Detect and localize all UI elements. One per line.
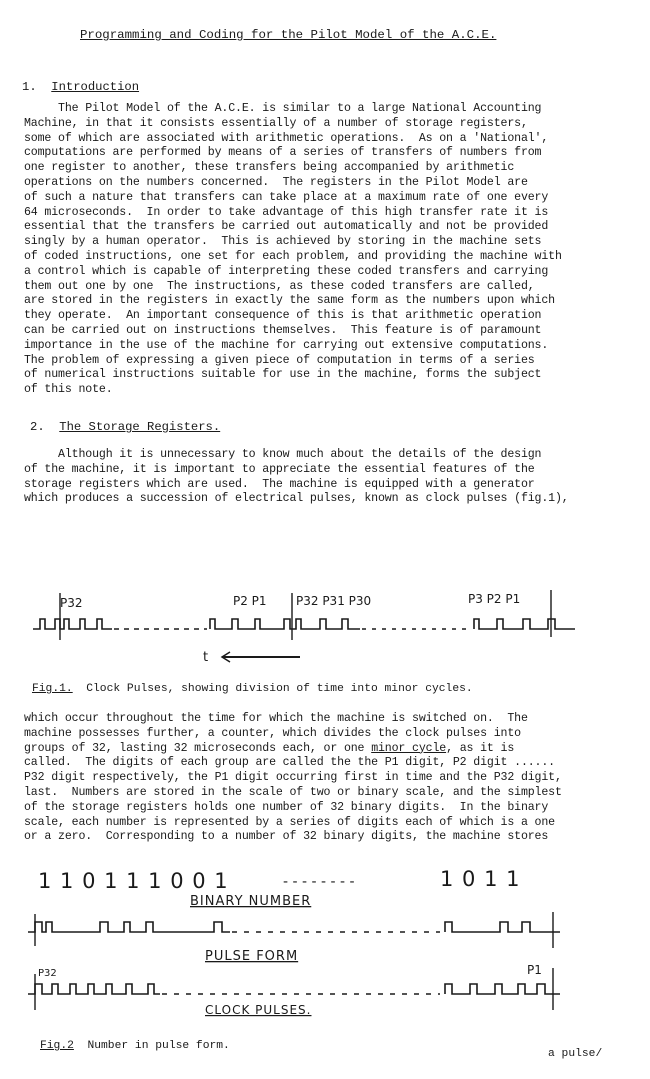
- text-line: are stored in the registers in exactly t…: [24, 294, 562, 309]
- text-line: which occur throughout the time for whic…: [24, 712, 562, 727]
- caption-label: Fig.2: [40, 1040, 74, 1052]
- section-title: Introduction: [51, 80, 139, 94]
- text-line: computations are performed by means of a…: [24, 146, 562, 161]
- text-line: storage registers which are used. The ma…: [24, 478, 569, 493]
- text-line: of the storage registers holds one numbe…: [24, 801, 562, 816]
- text-line: machine possesses further, a counter, wh…: [24, 727, 562, 742]
- text-line: which produces a succession of electrica…: [24, 492, 569, 507]
- text-line: they operate. An important consequence o…: [24, 309, 562, 324]
- text-line: singly by a human operator. This is achi…: [24, 235, 562, 250]
- section-number: 1.: [22, 80, 37, 94]
- text-line: Machine, in that it consists essentially…: [24, 117, 562, 132]
- text-line: operations on the numbers concerned. The…: [24, 176, 562, 191]
- label-p32: P32: [60, 596, 83, 610]
- time-axis-label: t: [203, 650, 208, 665]
- caption-label: Fig.1.: [32, 683, 73, 695]
- clock-right-tag: P1: [527, 963, 542, 977]
- introduction-paragraph: The Pilot Model of the A.C.E. is similar…: [24, 102, 562, 398]
- text-line: can be carried out on instructions thems…: [24, 324, 562, 339]
- text-line: a control which is capable of interpreti…: [24, 265, 562, 280]
- section-title: The Storage Registers.: [59, 420, 220, 434]
- text-line: one register to another, these transfers…: [24, 161, 562, 176]
- label-p32-p31-p30: P32 P31 P30: [296, 594, 371, 608]
- clock-pulses-label: CLOCK PULSES.: [205, 1003, 311, 1017]
- text-line: or a zero. Corresponding to a number of …: [24, 830, 562, 845]
- text-line: The Pilot Model of the A.C.E. is similar…: [24, 102, 562, 117]
- text-line: some of which are associated with arithm…: [24, 132, 562, 147]
- storage-registers-paragraph: Although it is unnecessary to know much …: [24, 448, 569, 507]
- clock-pulses-paragraph: which occur throughout the time for whic…: [24, 712, 562, 845]
- page-title: Programming and Coding for the Pilot Mod…: [80, 28, 496, 42]
- text-line: of numerical instructions suitable for u…: [24, 368, 562, 383]
- text-line: called. The digits of each group are cal…: [24, 756, 562, 771]
- figure-2-pulse-form-diagram: 1 1 0 1 1 1 0 0 1 - - - - - - - - 1 0 1 …: [0, 862, 650, 1022]
- label-p2-p1: P2 P1: [233, 594, 267, 608]
- caption-text: Number in pulse form.: [74, 1040, 230, 1052]
- text-line: importance in the use of the machine for…: [24, 339, 562, 354]
- clock-left-tag: P32: [38, 968, 57, 979]
- section-number: 2.: [30, 420, 45, 434]
- minor-cycle-term: minor cycle: [371, 742, 446, 755]
- section-2-heading: 2. The Storage Registers.: [30, 420, 220, 434]
- caption-text: Clock Pulses, showing division of time i…: [73, 683, 473, 695]
- pulse-form-label: PULSE FORM: [205, 949, 298, 964]
- binary-digits-right: 1 0 1 1: [440, 867, 520, 891]
- text-line: Although it is unnecessary to know much …: [24, 448, 569, 463]
- figure-1-clock-pulses-diagram: P32 P2 P1 P32 P31 P30 P3 P2 P1 t: [0, 585, 650, 675]
- text-line: scale, each number is represented by a s…: [24, 816, 562, 831]
- text-line: of this note.: [24, 383, 562, 398]
- footer-catchword: a pulse/: [548, 1048, 602, 1060]
- label-p3-p2-p1: P3 P2 P1: [468, 592, 520, 606]
- figure-2-caption: Fig.2 Number in pulse form.: [40, 1040, 230, 1052]
- text-line: The problem of expressing a given piece …: [24, 354, 562, 369]
- section-1-heading: 1. Introduction: [22, 80, 139, 94]
- text-line: P32 digit respectively, the P1 digit occ…: [24, 771, 562, 786]
- text-line: last. Numbers are stored in the scale of…: [24, 786, 562, 801]
- text-line: 64 microseconds. In order to take advant…: [24, 206, 562, 221]
- text-line: of the machine, it is important to appre…: [24, 463, 569, 478]
- text-line: of coded instructions, one set for each …: [24, 250, 562, 265]
- binary-number-label: BINARY NUMBER: [190, 894, 311, 909]
- text-line: them out one by one The instructions, as…: [24, 280, 562, 295]
- text-line: groups of 32, lasting 32 microseconds ea…: [24, 742, 562, 757]
- binary-digits-left: 1 1 0 1 1 1 0 0 1: [38, 869, 229, 893]
- text-line: of such a nature that transfers can take…: [24, 191, 562, 206]
- figure-1-caption: Fig.1. Clock Pulses, showing division of…: [32, 683, 473, 695]
- text-line: essential that the transfers be carried …: [24, 220, 562, 235]
- binary-dashes: - - - - - - - -: [283, 874, 355, 890]
